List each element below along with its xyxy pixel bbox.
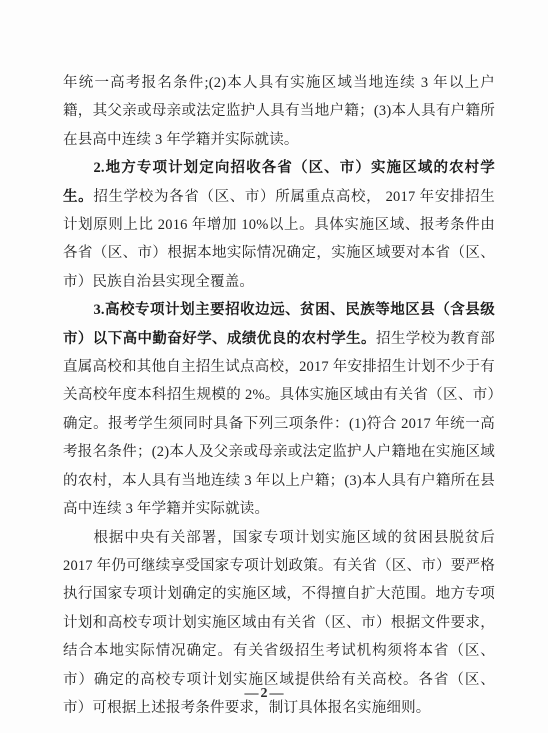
page-footer: —2—	[0, 684, 548, 702]
paragraph-3-university-special-plan: 3.高校专项计划主要招收边远、贫困、民族等地区县（含县级市）以下高中勤奋好学、成…	[63, 296, 495, 523]
paragraph-1-continuation: 年统一高考报名条件;(2)本人具有实施区域当地连续 3 年以上户籍，其父亲或母亲…	[63, 69, 495, 154]
paragraph-1-text: 年统一高考报名条件;(2)本人具有实施区域当地连续 3 年以上户籍，其父亲或母亲…	[63, 75, 495, 148]
paragraph-2-local-special-plan: 2.地方专项计划定向招收各省（区、市）实施区域的农村学生。招生学校为各省（区、市…	[63, 154, 495, 296]
document-page: 年统一高考报名条件;(2)本人具有实施区域当地连续 3 年以上户籍，其父亲或母亲…	[0, 0, 548, 733]
paragraph-3-body-text: 招生学校为教育部直属高校和其他自主招生试点高校，2017 年安排招生计划不少于有…	[63, 331, 495, 517]
document-body: 年统一高考报名条件;(2)本人具有实施区域当地连续 3 年以上户籍，其父亲或母亲…	[63, 69, 495, 722]
paragraph-2-body-text: 招生学校为各省（区、市）所属重点高校， 2017 年安排招生计划原则上比 201…	[63, 189, 495, 290]
page-number: —2—	[245, 686, 286, 702]
